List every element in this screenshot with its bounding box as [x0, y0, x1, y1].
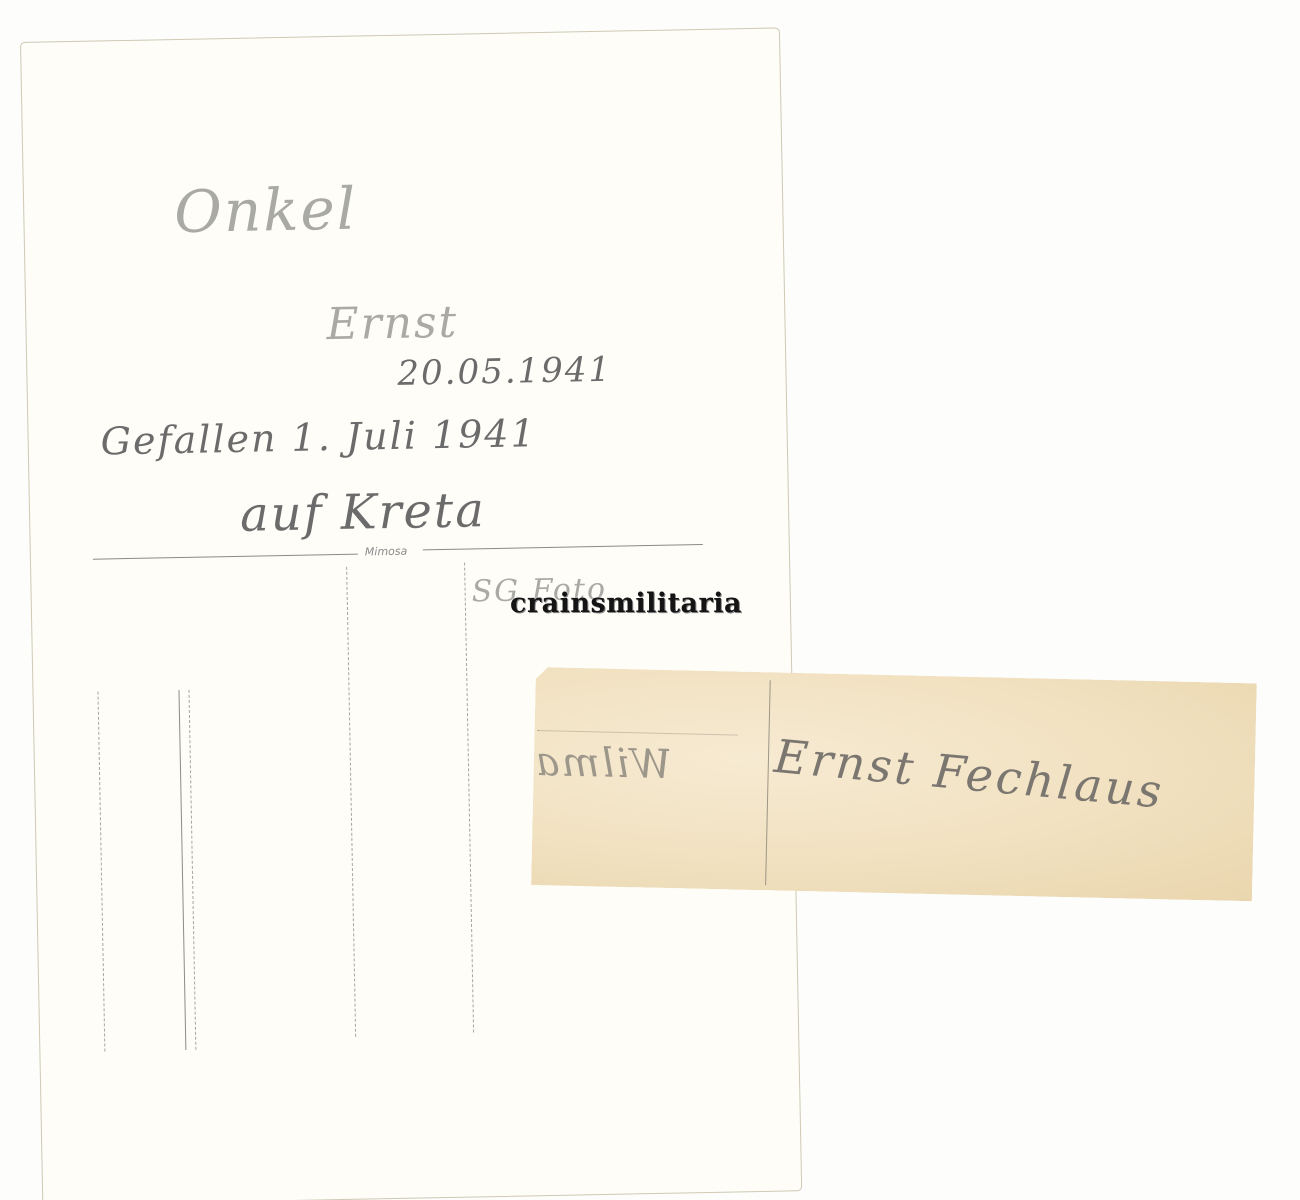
handwriting-ernst: Ernst: [326, 297, 459, 351]
watermark: crainsmilitaria: [510, 588, 742, 619]
signature: Ernst Fechlaus: [772, 729, 1167, 819]
address-divider-left: [93, 554, 358, 560]
slip-fold-line: [765, 680, 771, 885]
slip-dotted-line: [538, 730, 738, 736]
signature-slip: Wilma Ernst Fechlaus: [531, 667, 1257, 901]
column-line-1: [346, 567, 356, 1037]
mirrored-handwriting: Wilma: [533, 739, 672, 788]
address-divider-right: [423, 544, 703, 550]
printer-mark: Mimosa: [365, 545, 408, 559]
handwriting-gefallen: Gefallen 1. Juli 1941: [100, 411, 537, 463]
column-line-2: [464, 563, 474, 1033]
handwriting-onkel: Onkel: [174, 175, 358, 246]
handwriting-kreta: auf Kreta: [240, 482, 487, 543]
handwriting-date: 20.05.1941: [397, 350, 612, 394]
stamp-line-3: [188, 690, 196, 1050]
stamp-line-2: [178, 690, 186, 1050]
stamp-line-1: [97, 692, 105, 1052]
